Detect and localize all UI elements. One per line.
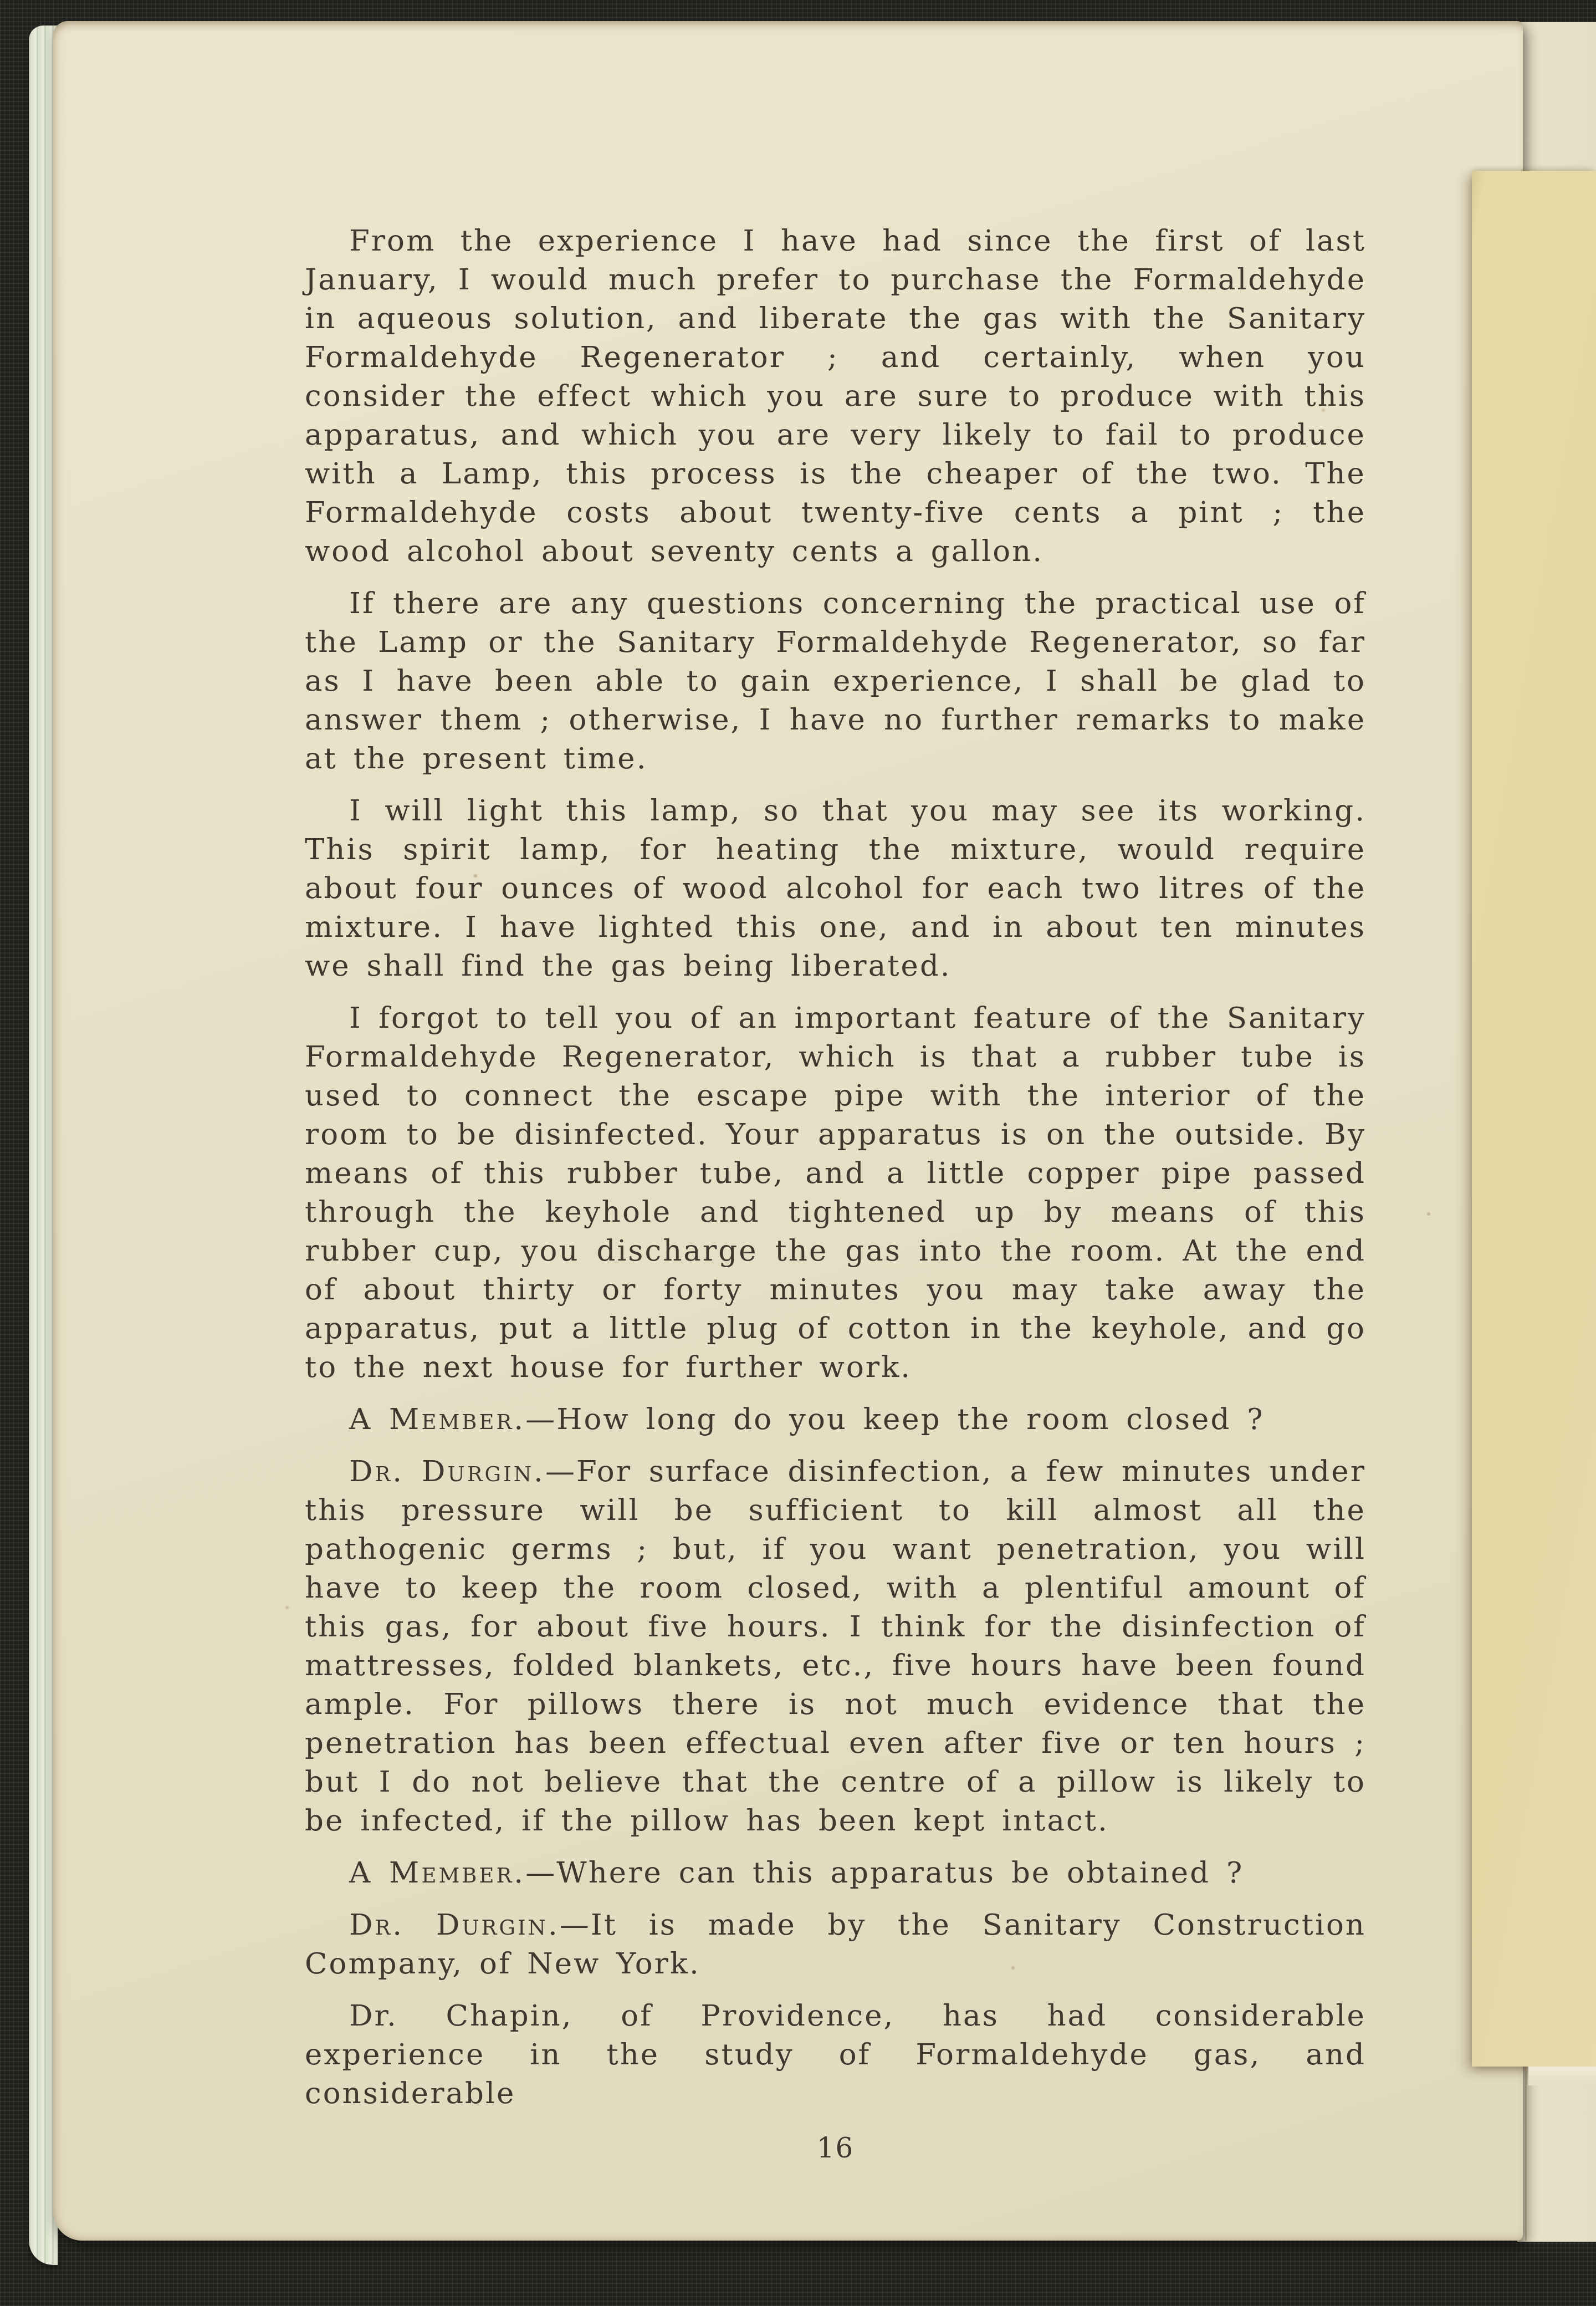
speaker-label: Dr. Durgin. <box>349 1908 560 1942</box>
paragraph: I forgot to tell you of an important fea… <box>305 999 1366 1387</box>
paragraph-text: If there are any questions concerning th… <box>305 586 1366 776</box>
paragraph: From the experience I have had since the… <box>305 222 1366 571</box>
tipped-in-sheet-torn-edge <box>1528 2067 1596 2085</box>
paragraph-text: —How long do you keep the room closed ? <box>525 1402 1264 1436</box>
speaker-label: Dr. Durgin. <box>349 1455 545 1488</box>
paragraph-text: From the experience I have had since the… <box>305 224 1366 568</box>
paper-specks <box>53 21 55 23</box>
paragraph-dialogue: Dr. Durgin.—For surface disinfection, a … <box>305 1452 1366 1840</box>
paragraph-text: I forgot to tell you of an important fea… <box>305 1001 1366 1384</box>
paragraph-text: —Where can this apparatus be obtained ? <box>525 1856 1244 1890</box>
page-edge-crease <box>1525 2067 1527 2241</box>
paragraph: I will light this lamp, so that you may … <box>305 792 1366 986</box>
paragraph: Dr. Chapin, of Providence, has had consi… <box>305 1997 1366 2113</box>
paragraph-text: Dr. Chapin, of Providence, has had consi… <box>305 1999 1366 2110</box>
tipped-in-sheet <box>1472 171 1596 2067</box>
paragraph-text: I will light this lamp, so that you may … <box>305 794 1366 983</box>
paragraph-dialogue: Dr. Durgin.—It is made by the Sanitary C… <box>305 1906 1366 1983</box>
paragraph: If there are any questions concerning th… <box>305 584 1366 778</box>
book-photo-background: From the experience I have had since the… <box>0 0 1596 2306</box>
paragraph-dialogue: A Member.—How long do you keep the room … <box>305 1400 1366 1439</box>
speaker-label: A Member. <box>349 1402 525 1436</box>
text-block: From the experience I have had since the… <box>305 222 1366 2126</box>
paragraph-dialogue: A Member.—Where can this apparatus be ob… <box>305 1854 1366 1892</box>
paragraph-text: —For surface disinfection, a few minutes… <box>305 1455 1366 1838</box>
page-number: 16 <box>305 2132 1366 2164</box>
speaker-label: A Member. <box>349 1856 525 1890</box>
